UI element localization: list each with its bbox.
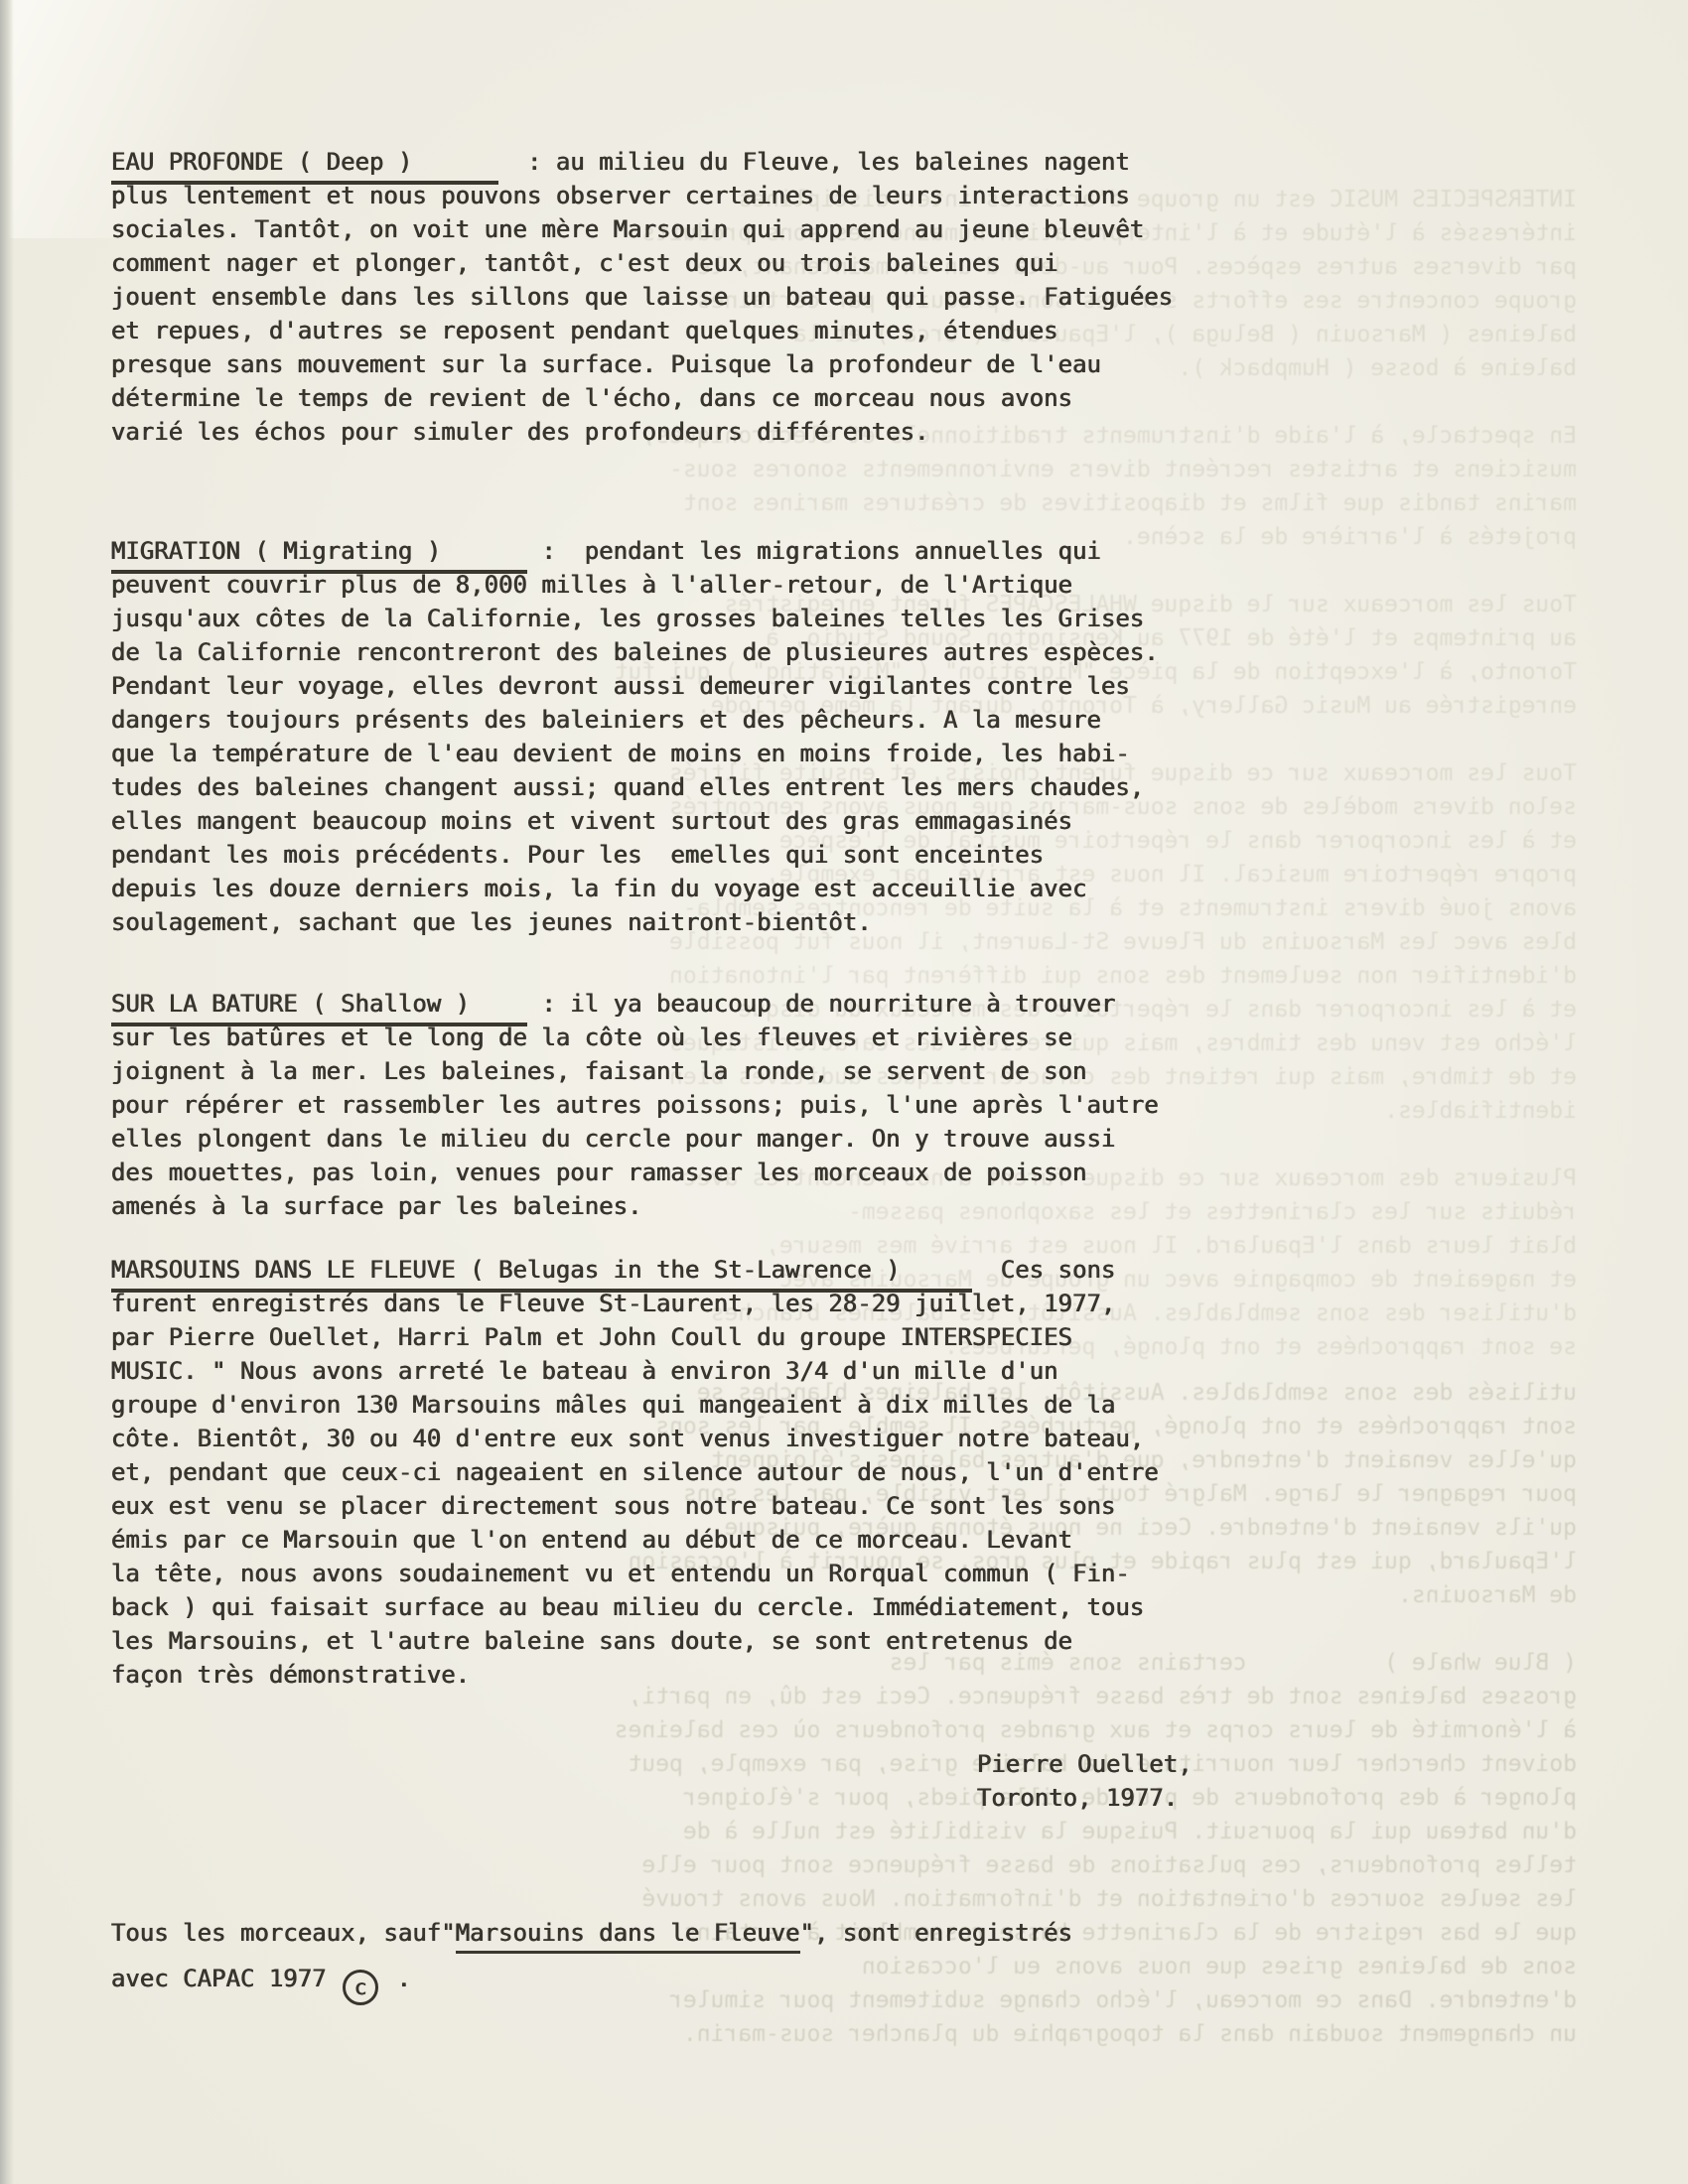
- text-line: que la température de l'eau devient de m…: [111, 737, 1632, 770]
- section-heading-line: MARSOUINS DANS LE FLEUVE ( Belugas in th…: [111, 1253, 1632, 1287]
- text-line: et repues, d'autres se reposent pendant …: [111, 314, 1632, 347]
- section-heading-line: EAU PROFONDE ( Deep ) : au milieu du Fle…: [111, 145, 1632, 179]
- section-heading-line: MIGRATION ( Migrating ) : pendant les mi…: [111, 534, 1632, 568]
- text-line: Pendant leur voyage, elles devront aussi…: [111, 669, 1632, 703]
- heading-line-rest: Ces sons: [972, 1256, 1116, 1284]
- document-section: MARSOUINS DANS LE FLEUVE ( Belugas in th…: [111, 1253, 1632, 1692]
- page-left-edge: [0, 0, 14, 2184]
- document-section: MIGRATION ( Migrating ) : pendant les mi…: [111, 534, 1632, 939]
- text-line: sociales. Tantôt, on voit une mère Marso…: [111, 212, 1632, 246]
- text-line: comment nager et plonger, tantôt, c'est …: [111, 246, 1632, 280]
- text-line: et, pendant que ceux-ci nageaient en sil…: [111, 1455, 1632, 1489]
- text-line: dangers toujours présents des baleiniers…: [111, 703, 1632, 737]
- footer-line-2: avec CAPAC 1977 c .: [111, 1962, 1632, 2005]
- text-line: façon très démonstrative.: [111, 1658, 1632, 1692]
- heading-line-rest: : au milieu du Fleuve, les baleines nage…: [498, 148, 1130, 176]
- footer-period: .: [382, 1965, 411, 1992]
- text-line: peuvent couvrir plus de 8,000 milles à l…: [111, 568, 1632, 602]
- text-line: presque sans mouvement sur la surface. P…: [111, 347, 1632, 381]
- text-line: tudes des baleines changent aussi; quand…: [111, 770, 1632, 804]
- text-line: sur les batûres et le long de la côte où…: [111, 1021, 1632, 1054]
- text-line: varié les échos pour simuler des profond…: [111, 415, 1632, 449]
- footer-line-1: Tous les morceaux, sauf"Marsouins dans l…: [111, 1916, 1632, 1954]
- text-line: groupe d'environ 130 Marsouins mâles qui…: [111, 1388, 1632, 1422]
- section-heading-line: SUR LA BATURE ( Shallow ) : il ya beauco…: [111, 987, 1632, 1021]
- heading-line-rest: : il ya beaucoup de nourriture à trouver: [527, 990, 1115, 1018]
- signature-line: Pierre Ouellet,: [977, 1747, 1632, 1781]
- text-line: côte. Bientôt, 30 ou 40 d'entre eux sont…: [111, 1422, 1632, 1455]
- text-line: la tête, nous avons soudainement vu et e…: [111, 1557, 1632, 1590]
- text-line: pour répérer et rassembler les autres po…: [111, 1088, 1632, 1122]
- document-body: EAU PROFONDE ( Deep ) : au milieu du Fle…: [111, 145, 1632, 2005]
- text-line: soulagement, sachant que les jeunes nait…: [111, 905, 1632, 939]
- document-section: SUR LA BATURE ( Shallow ) : il ya beauco…: [111, 987, 1632, 1223]
- heading-line-rest: : pendant les migrations annuelles qui: [527, 537, 1101, 565]
- text-line: elles plongent dans le milieu du cercle …: [111, 1122, 1632, 1156]
- footer-text-post: ", sont enregistrés: [800, 1919, 1073, 1947]
- footer-capac-text: avec CAPAC 1977: [111, 1965, 341, 1992]
- document-section: EAU PROFONDE ( Deep ) : au milieu du Fle…: [111, 145, 1632, 449]
- text-line: plus lentement et nous pouvons observer …: [111, 179, 1632, 212]
- sections: EAU PROFONDE ( Deep ) : au milieu du Fle…: [111, 145, 1632, 1692]
- text-line: des mouettes, pas loin, venues pour rama…: [111, 1156, 1632, 1189]
- text-line: par Pierre Ouellet, Harri Palm et John C…: [111, 1320, 1632, 1354]
- text-line: back ) qui faisait surface au beau milie…: [111, 1590, 1632, 1624]
- text-line: amenés à la surface par les baleines.: [111, 1189, 1632, 1223]
- text-line: les Marsouins, et l'autre baleine sans d…: [111, 1624, 1632, 1658]
- signature-block: Pierre Ouellet,Toronto, 1977.: [977, 1747, 1632, 1815]
- footer-note: Tous les morceaux, sauf"Marsouins dans l…: [111, 1916, 1632, 2005]
- copyright-icon: c: [343, 1970, 378, 2005]
- text-line: de la Californie rencontreront des balei…: [111, 635, 1632, 669]
- text-line: détermine le temps de revient de l'écho,…: [111, 381, 1632, 415]
- text-line: elles mangent beaucoup moins et vivent s…: [111, 804, 1632, 838]
- text-line: jouent ensemble dans les sillons que lai…: [111, 280, 1632, 314]
- text-line: joignent à la mer. Les baleines, faisant…: [111, 1054, 1632, 1088]
- footer-underlined-title: Marsouins dans le Fleuve: [456, 1916, 800, 1954]
- text-line: eux est venu se placer directement sous …: [111, 1489, 1632, 1523]
- text-line: depuis les douze derniers mois, la fin d…: [111, 872, 1632, 905]
- text-line: MUSIC. " Nous avons arreté le bateau à e…: [111, 1354, 1632, 1388]
- footer-text-pre: Tous les morceaux, sauf": [111, 1919, 456, 1947]
- text-line: pendant les mois précédents. Pour les em…: [111, 838, 1632, 872]
- text-line: furent enregistrés dans le Fleuve St-Lau…: [111, 1287, 1632, 1320]
- bleed-line: un changement soudain dans la topographi…: [107, 2017, 1577, 2051]
- text-line: jusqu'aux côtes de la Californie, les gr…: [111, 602, 1632, 635]
- text-line: émis par ce Marsouin que l'on entend au …: [111, 1523, 1632, 1557]
- signature-line: Toronto, 1977.: [977, 1781, 1632, 1815]
